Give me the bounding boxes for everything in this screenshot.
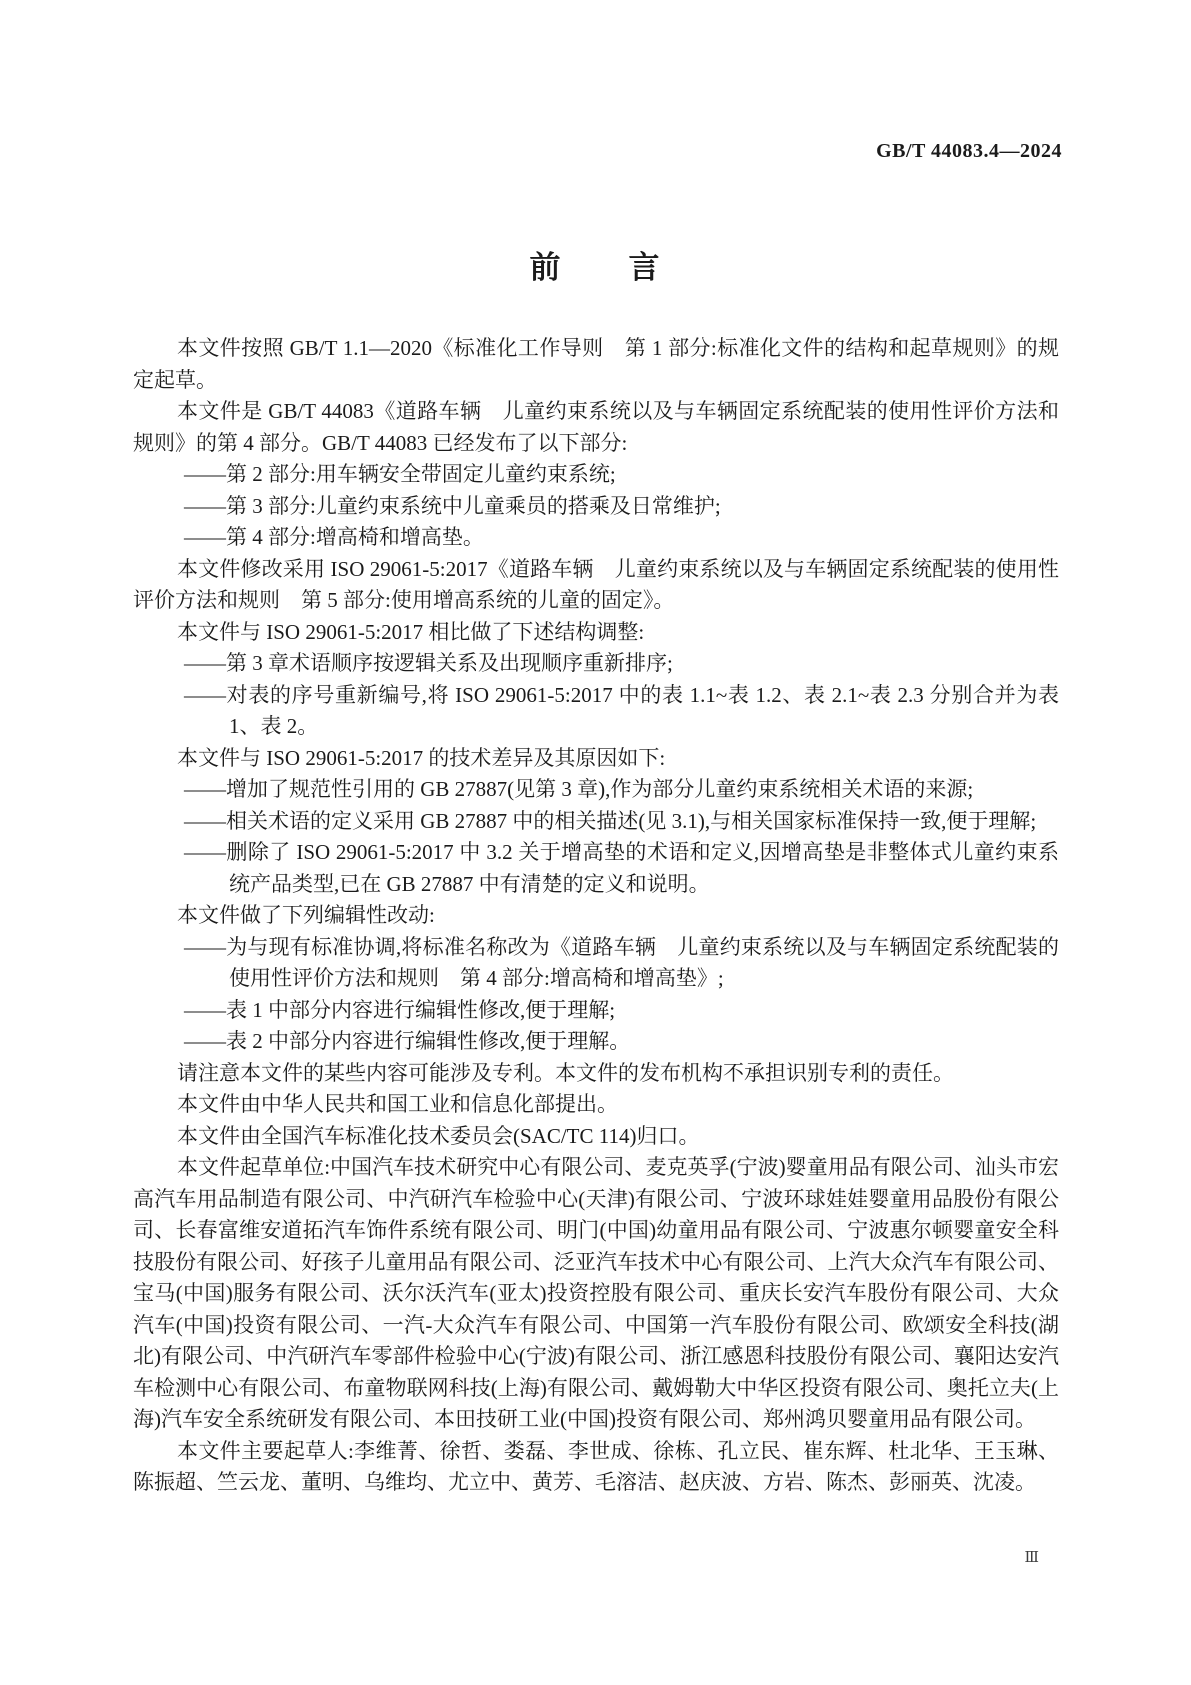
foreword-paragraph: ——第 3 章术语顺序按逻辑关系及出现顺序重新排序; [133,648,1059,680]
foreword-paragraph: 本文件由全国汽车标准化技术委员会(SAC/TC 114)归口。 [133,1121,1059,1153]
document-page: GB/T 44083.4—2024 前 言 本文件按照 GB/T 1.1—202… [0,0,1191,1685]
foreword-paragraph: 本文件与 ISO 29061-5:2017 相比做了下述结构调整: [133,617,1059,649]
foreword-paragraph: ——表 2 中部分内容进行编辑性修改,便于理解。 [133,1026,1059,1058]
foreword-paragraph: 请注意本文件的某些内容可能涉及专利。本文件的发布机构不承担识别专利的责任。 [133,1058,1059,1090]
foreword-paragraph: ——第 2 部分:用车辆安全带固定儿童约束系统; [133,459,1059,491]
foreword-paragraph: ——相关术语的定义采用 GB 27887 中的相关描述(见 3.1),与相关国家… [133,806,1059,838]
standard-number: GB/T 44083.4—2024 [876,140,1062,163]
page-title: 前 言 [0,242,1191,287]
foreword-paragraph: 本文件与 ISO 29061-5:2017 的技术差异及其原因如下: [133,743,1059,775]
foreword-paragraph: ——对表的序号重新编号,将 ISO 29061-5:2017 中的表 1.1~表… [133,680,1059,743]
foreword-paragraph: ——第 4 部分:增高椅和增高垫。 [133,522,1059,554]
foreword-paragraph: 本文件由中华人民共和国工业和信息化部提出。 [133,1089,1059,1121]
foreword-paragraph: ——第 3 部分:儿童约束系统中儿童乘员的搭乘及日常维护; [133,491,1059,523]
foreword-paragraph: 本文件修改采用 ISO 29061-5:2017《道路车辆 儿童约束系统以及与车… [133,554,1059,617]
foreword-paragraph: 本文件做了下列编辑性改动: [133,900,1059,932]
foreword-paragraph: ——表 1 中部分内容进行编辑性修改,便于理解; [133,995,1059,1027]
foreword-body: 本文件按照 GB/T 1.1—2020《标准化工作导则 第 1 部分:标准化文件… [133,333,1059,1499]
foreword-paragraph: 本文件主要起草人:李维菁、徐哲、娄磊、李世成、徐栋、孔立民、崔东辉、杜北华、王玉… [133,1436,1059,1499]
foreword-paragraph: 本文件按照 GB/T 1.1—2020《标准化工作导则 第 1 部分:标准化文件… [133,333,1059,396]
foreword-paragraph: ——删除了 ISO 29061-5:2017 中 3.2 关于增高垫的术语和定义… [133,837,1059,900]
foreword-paragraph: ——为与现有标准协调,将标准名称改为《道路车辆 儿童约束系统以及与车辆固定系统配… [133,932,1059,995]
foreword-paragraph: 本文件是 GB/T 44083《道路车辆 儿童约束系统以及与车辆固定系统配装的使… [133,396,1059,459]
foreword-paragraph: ——增加了规范性引用的 GB 27887(见第 3 章),作为部分儿童约束系统相… [133,774,1059,806]
page-number: Ⅲ [1025,1548,1040,1567]
foreword-paragraph: 本文件起草单位:中国汽车技术研究中心有限公司、麦克英孚(宁波)婴童用品有限公司、… [133,1152,1059,1436]
